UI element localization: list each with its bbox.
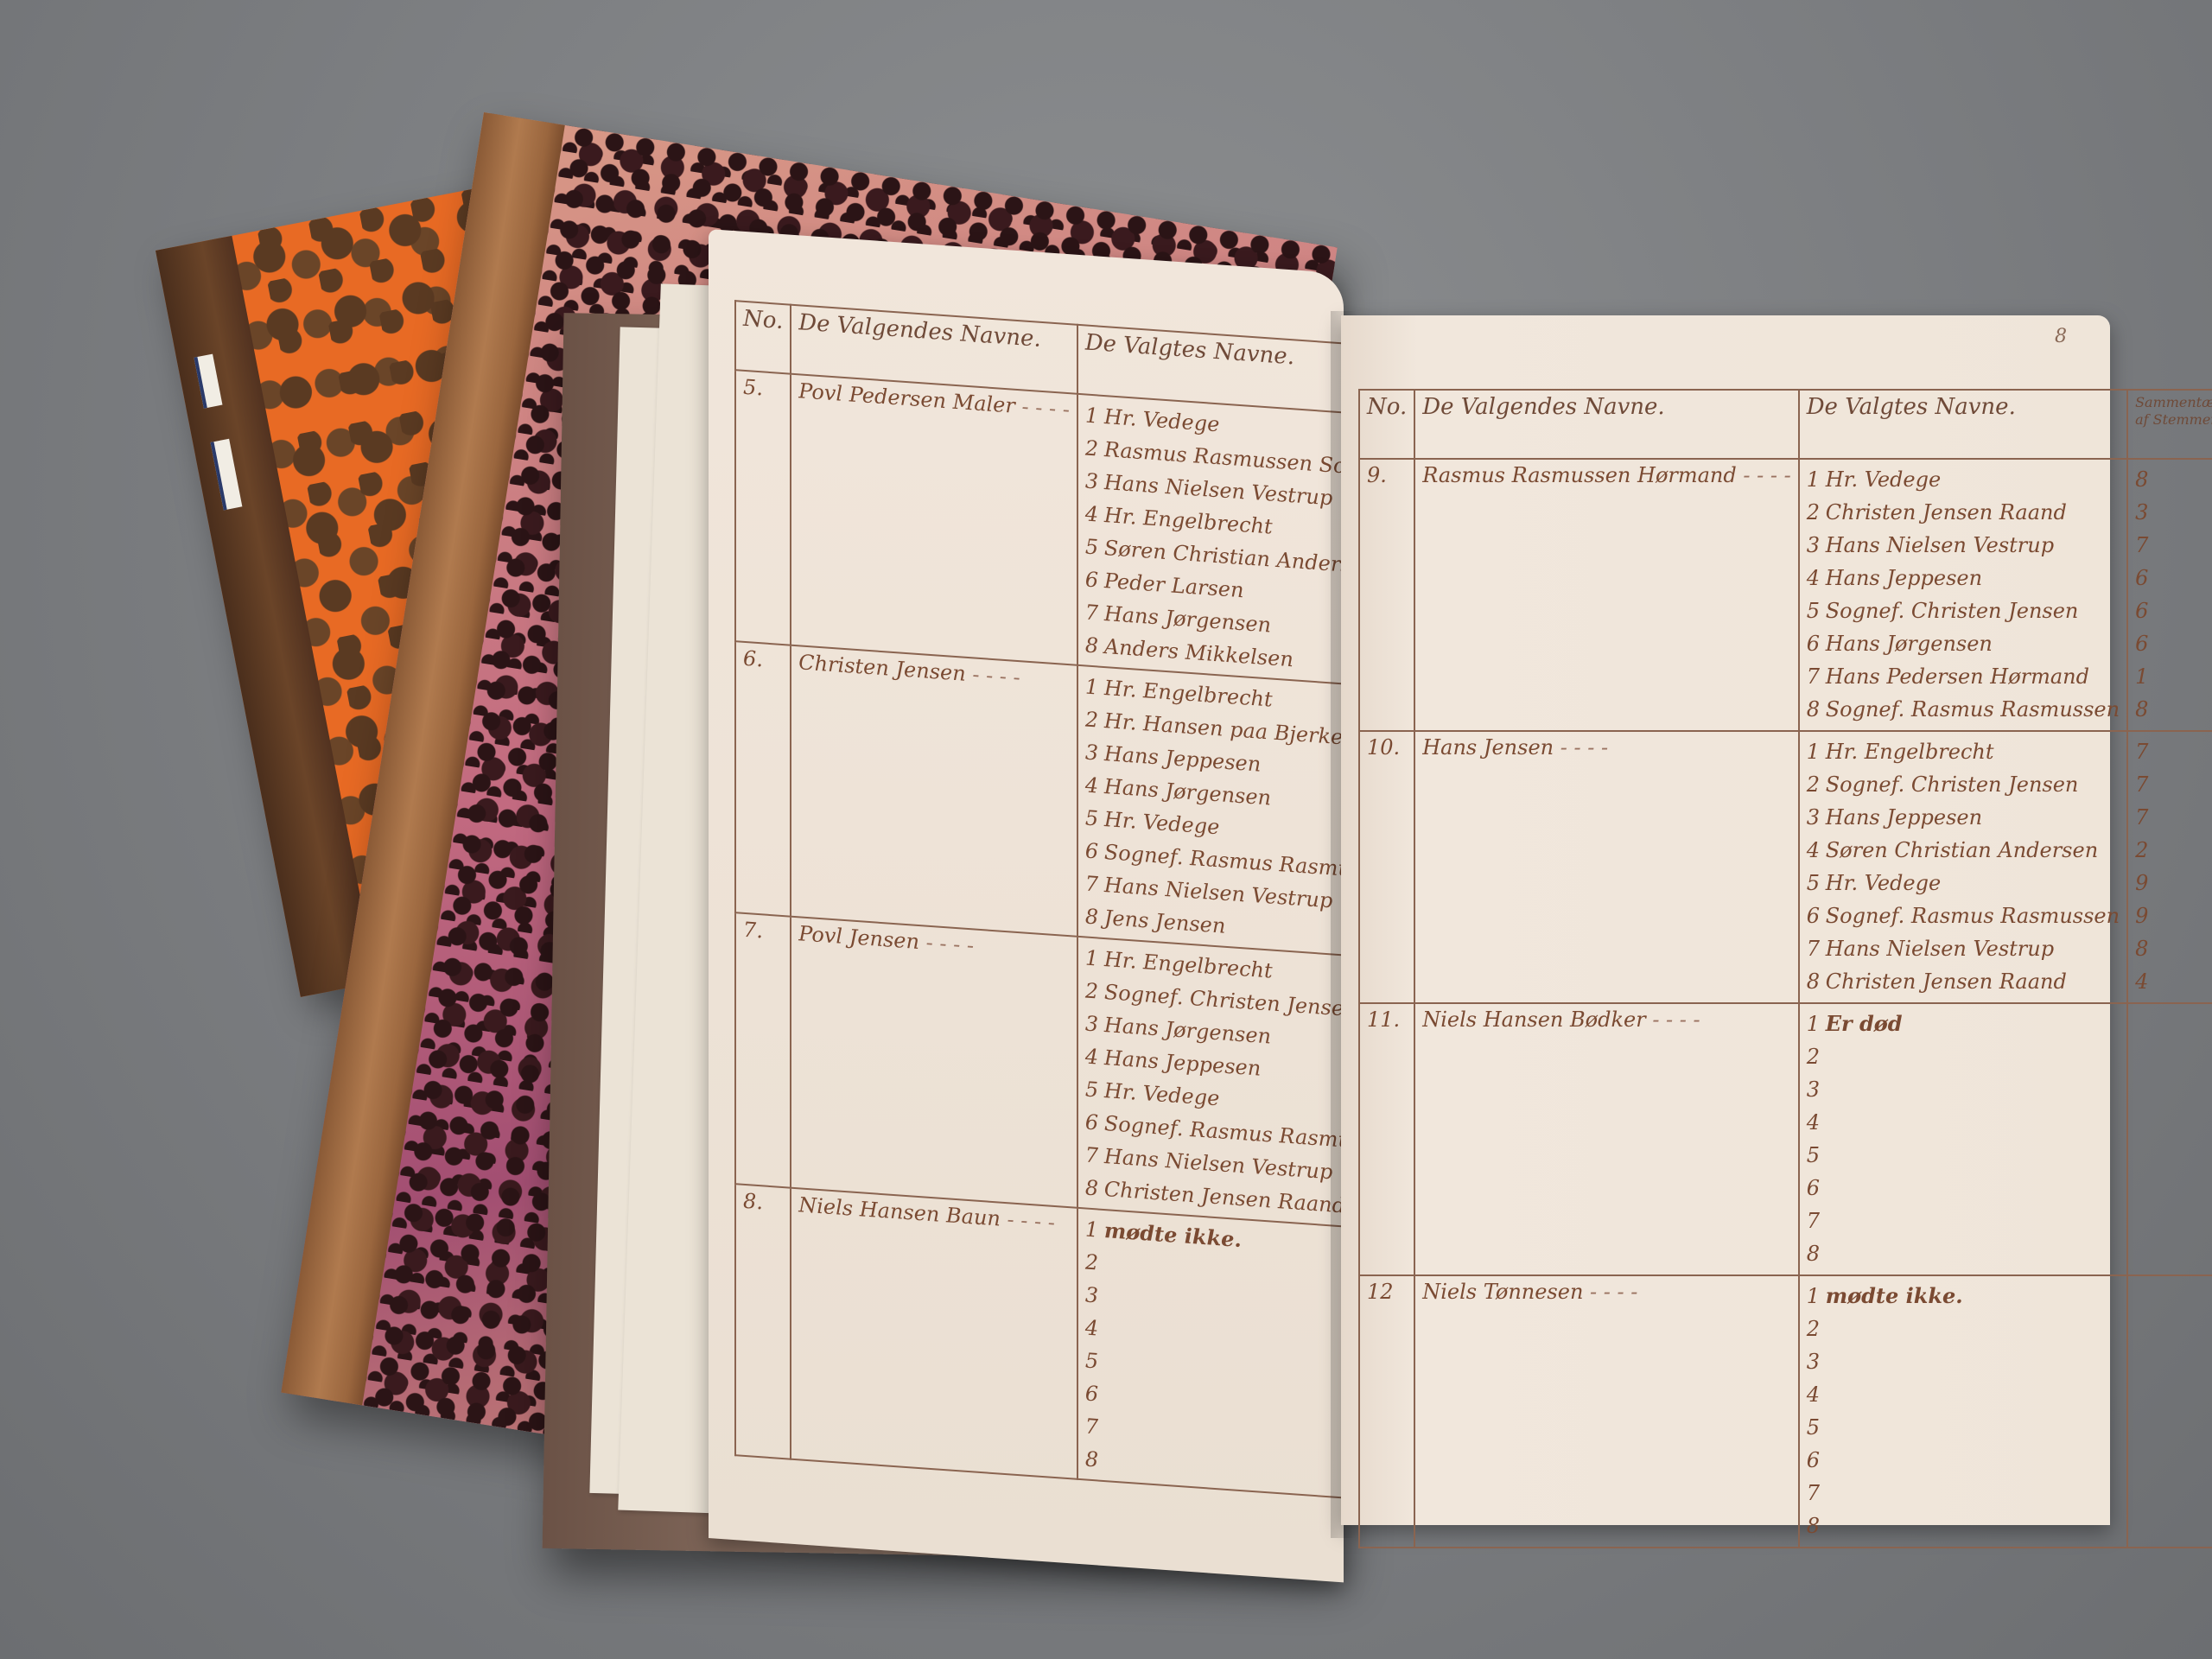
elected-index: 3 [1085, 1007, 1104, 1041]
elected-index: 3 [1085, 735, 1104, 770]
elected-names-cell: 1mødte ikke.2345678 [1799, 1275, 2127, 1548]
elected-name: Christen Jensen Raand [1826, 500, 2067, 524]
elected-name: Hans Nielsen Vestrup [1826, 937, 2054, 961]
vote-count: 4 [2135, 965, 2212, 998]
vote-tally-list: 77729984 [2135, 735, 2212, 998]
elected-name-item: 8Christen Jensen Raand [1807, 965, 2120, 998]
elected-name-item: 8 [1807, 1237, 2120, 1270]
elected-index: 7 [1085, 595, 1104, 630]
elected-index: 8 [1085, 628, 1104, 663]
elected-name-item: 2 [1807, 1313, 2120, 1345]
column-header-tally: Sammentælling af Stemmerne. [2127, 390, 2212, 459]
voter-name: Rasmus Rasmussen Hørmand [1422, 463, 1790, 487]
elected-index: 1 [1085, 398, 1104, 433]
voter-name: Niels Tønnesen [1422, 1280, 1637, 1304]
vote-count: 9 [2135, 867, 2212, 899]
page-number: 8 [2055, 326, 2067, 347]
elected-list: 1mødte ikke.2345678 [1807, 1280, 2120, 1542]
elected-name-item: 4 [1807, 1106, 2120, 1139]
elected-name: Sognef. Christen Jensen [1826, 772, 2079, 797]
vote-count: 6 [2135, 627, 2212, 660]
ledger-entry-row: 12 Niels Tønnesen 1mødte ikke.2345678 [1359, 1275, 2212, 1548]
elected-name: Sognef. Rasmus Rasmussen [1826, 697, 2120, 721]
vote-count: 8 [2135, 693, 2212, 726]
ledger-entry-row: 10. Hans Jensen 1Hr. Engelbrecht2Sognef.… [1359, 731, 2212, 1003]
elected-index: 2 [1085, 974, 1104, 1008]
elected-name-item: 3Hans Jeppesen [1807, 801, 2120, 834]
column-header-elected: De Valgtes Navne. [1799, 390, 2127, 459]
elected-index: 1 [1807, 1007, 1826, 1040]
elected-name-item: 3Hans Nielsen Vestrup [1807, 529, 2120, 562]
elected-index: 3 [1807, 1073, 1826, 1106]
voter-name: Niels Hansen Bødker [1422, 1007, 1700, 1032]
elected-index: 3 [1085, 464, 1104, 499]
book-spine [156, 236, 377, 997]
elected-index: 2 [1085, 1245, 1104, 1280]
elected-index: 2 [1807, 496, 1826, 529]
elected-index: 3 [1807, 801, 1826, 834]
vote-count: 8 [2135, 932, 2212, 965]
elected-name-item: 1mødte ikke. [1807, 1280, 2120, 1313]
elected-index: 6 [1807, 1444, 1826, 1477]
elected-list: 1Er død2345678 [1807, 1007, 2120, 1270]
elected-name-item: 6Sognef. Rasmus Rasmussen [1807, 899, 2120, 932]
elected-list: 1Hr. Engelbrecht2Sognef. Christen Jensen… [1807, 735, 2120, 998]
vote-tally-cell: 83766618 [2127, 459, 2212, 731]
elected-name-item: 3 [1807, 1345, 2120, 1378]
elected-index: 7 [1807, 1477, 1826, 1510]
elected-name-item: 7Hans Pedersen Hørmand [1807, 660, 2120, 693]
vote-count: 7 [2135, 768, 2212, 801]
elected-name: Peder Larsen [1104, 569, 1244, 602]
elected-name-item: 1Hr. Vedege [1807, 463, 2120, 496]
elected-index: 8 [1085, 899, 1104, 934]
elected-name-item: 4Søren Christian Andersen [1807, 834, 2120, 867]
elected-index: 6 [1085, 1376, 1104, 1411]
elected-name: Hr. Engelbrecht [1826, 740, 1994, 764]
vote-count: 9 [2135, 899, 2212, 932]
elected-name: Sognef. Christen Jensen [1826, 599, 2079, 623]
elected-name: Hans Pedersen Hørmand [1826, 664, 2089, 689]
vote-count: 7 [2135, 801, 2212, 834]
vote-tally-list: 83766618 [2135, 463, 2212, 726]
elected-index: 3 [1085, 1278, 1104, 1313]
elected-index: 6 [1807, 627, 1826, 660]
elected-name-item: 2Sognef. Christen Jensen [1807, 768, 2120, 801]
voter-name-cell: Povl Pedersen Maler [791, 374, 1077, 665]
vote-tally-cell [2127, 1275, 2212, 1548]
vote-tally-cell: 77729984 [2127, 731, 2212, 1003]
elected-index: 8 [1807, 1237, 1826, 1270]
elected-index: 4 [1807, 834, 1826, 867]
elected-index: 1 [1807, 735, 1826, 768]
entry-number: 7. [735, 912, 791, 1187]
elected-index: 2 [1085, 702, 1104, 737]
elected-name-item: 7 [1807, 1205, 2120, 1237]
elected-name: mødte ikke. [1104, 1217, 1242, 1252]
elected-index: 4 [1807, 562, 1826, 594]
vote-count: 2 [2135, 834, 2212, 867]
elected-names-cell: 1Er død2345678 [1799, 1003, 2127, 1275]
elected-index: 4 [1085, 1311, 1104, 1345]
elected-index: 5 [1085, 1072, 1104, 1107]
ledger-entry-row: 9. Rasmus Rasmussen Hørmand 1Hr. Vedege2… [1359, 459, 2212, 731]
elected-index: 7 [1807, 932, 1826, 965]
voter-name-cell: Christen Jensen [791, 645, 1077, 937]
elected-index: 6 [1085, 1105, 1104, 1140]
entry-number: 11. [1359, 1003, 1414, 1275]
election-table-right: No. De Valgendes Navne. De Valgtes Navne… [1358, 389, 2212, 1548]
elected-name: Hans Jeppesen [1826, 566, 1982, 590]
elected-index: 5 [1807, 867, 1826, 899]
elected-index: 5 [1807, 1411, 1826, 1444]
elected-index: 1 [1085, 670, 1104, 704]
elected-index: 7 [1085, 867, 1104, 901]
elected-name-item: 5Sognef. Christen Jensen [1807, 594, 2120, 627]
elected-index: 4 [1807, 1106, 1826, 1139]
elected-name-item: 5 [1807, 1139, 2120, 1172]
elected-name-item: 6 [1807, 1444, 2120, 1477]
entry-number: 12 [1359, 1275, 1414, 1548]
voter-name-cell: Povl Jensen [791, 917, 1077, 1208]
elected-name-item: 3 [1807, 1073, 2120, 1106]
elected-name-item: 8Sognef. Rasmus Rasmussen [1807, 693, 2120, 726]
elected-name-item: 6Hans Jørgensen [1807, 627, 2120, 660]
elected-index: 5 [1807, 594, 1826, 627]
elected-name: Hr. Vedege [1104, 1078, 1220, 1110]
elected-index: 6 [1807, 899, 1826, 932]
elected-index: 7 [1085, 1138, 1104, 1173]
elected-name: mødte ikke. [1826, 1283, 1963, 1308]
elected-names-cell: 1Hr. Vedege2Christen Jensen Raand3Hans N… [1799, 459, 2127, 731]
vote-count: 8 [2135, 463, 2212, 496]
elected-index: 1 [1807, 463, 1826, 496]
elected-index: 6 [1085, 834, 1104, 868]
elected-list: 1Hr. Vedege2Christen Jensen Raand3Hans N… [1807, 463, 2120, 726]
elected-name: Er død [1826, 1011, 1903, 1036]
ledger-entry-row: 11. Niels Hansen Bødker 1Er død2345678 [1359, 1003, 2212, 1275]
elected-index: 8 [1085, 1171, 1104, 1205]
elected-name-item: 2 [1807, 1040, 2120, 1073]
ledger-left-page: No. De Valgendes Navne. De Valgtes Navne… [709, 229, 1344, 1582]
column-header-no: No. [735, 301, 791, 373]
elected-index: 5 [1085, 1344, 1104, 1378]
elected-name: Hr. Vedege [1104, 807, 1220, 839]
elected-index: 8 [1807, 965, 1826, 998]
elected-index: 7 [1807, 660, 1826, 693]
elected-index: 2 [1807, 768, 1826, 801]
entry-number: 8. [735, 1184, 791, 1459]
entry-number: 5. [735, 370, 791, 645]
elected-index: 5 [1085, 530, 1104, 564]
elected-index: 6 [1085, 563, 1104, 597]
elected-name: Hans Jeppesen [1826, 805, 1982, 829]
entry-number: 6. [735, 641, 791, 916]
elected-name-item: 7Hans Nielsen Vestrup [1807, 932, 2120, 965]
vote-count: 3 [2135, 496, 2212, 529]
elected-index: 4 [1085, 768, 1104, 803]
elected-index: 1 [1085, 1212, 1104, 1247]
voter-name: Povl Jensen [798, 921, 974, 957]
voter-name: Hans Jensen [1422, 735, 1608, 760]
elected-index: 2 [1807, 1313, 1826, 1345]
elected-index: 3 [1807, 529, 1826, 562]
elected-index: 3 [1807, 1345, 1826, 1378]
vote-tally-cell [2127, 1003, 2212, 1275]
voter-name-cell: Niels Hansen Bødker [1414, 1003, 1798, 1275]
voter-name-cell: Niels Hansen Baun [791, 1188, 1077, 1479]
elected-name-item: 1Er død [1807, 1007, 2120, 1040]
vote-count: 1 [2135, 660, 2212, 693]
elected-name: Søren Christian Andersen [1826, 838, 2098, 862]
column-header-no: No. [1359, 390, 1414, 459]
voter-name-cell: Niels Tønnesen [1414, 1275, 1798, 1548]
elected-name-item: 4Hans Jeppesen [1807, 562, 2120, 594]
entry-number: 9. [1359, 459, 1414, 731]
elected-index: 4 [1085, 497, 1104, 531]
vote-count: 7 [2135, 735, 2212, 768]
elected-name-item: 8 [1807, 1510, 2120, 1542]
elected-index: 4 [1085, 1039, 1104, 1074]
elected-name: Jens Jensen [1104, 906, 1225, 938]
ledger-right-page: 8 No. De Valgendes Navne. De Valgtes Nav… [1341, 315, 2110, 1525]
elected-name: Sognef. Rasmus Rasmussen [1826, 904, 2120, 928]
elected-index: 5 [1085, 801, 1104, 836]
elected-name-item: 4 [1807, 1378, 2120, 1411]
vote-count: 6 [2135, 562, 2212, 594]
elected-name-item: 5 [1807, 1411, 2120, 1444]
elected-name-item: 5Hr. Vedege [1807, 867, 2120, 899]
entry-number: 10. [1359, 731, 1414, 1003]
elected-index: 8 [1085, 1442, 1104, 1477]
elected-name: Hans Nielsen Vestrup [1826, 533, 2054, 557]
elected-index: 6 [1807, 1172, 1826, 1205]
vote-count: 7 [2135, 529, 2212, 562]
elected-name: Christen Jensen Raand [1826, 969, 2067, 994]
elected-index: 5 [1807, 1139, 1826, 1172]
column-header-voter: De Valgendes Navne. [1414, 390, 1798, 459]
elected-index: 2 [1807, 1040, 1826, 1073]
elected-names-cell: 1Hr. Engelbrecht2Sognef. Christen Jensen… [1799, 731, 2127, 1003]
elected-name: Hr. Vedege [1826, 871, 1942, 895]
elected-name-item: 2Christen Jensen Raand [1807, 496, 2120, 529]
elected-name-item: 1Hr. Engelbrecht [1807, 735, 2120, 768]
elected-index: 4 [1807, 1378, 1826, 1411]
elected-index: 7 [1085, 1409, 1104, 1444]
voter-name-cell: Hans Jensen [1414, 731, 1798, 1003]
voter-name-cell: Rasmus Rasmussen Hørmand [1414, 459, 1798, 731]
elected-index: 8 [1807, 1510, 1826, 1542]
elected-index: 1 [1807, 1280, 1826, 1313]
elected-name-item: 6 [1807, 1172, 2120, 1205]
elected-index: 7 [1807, 1205, 1826, 1237]
elected-index: 1 [1085, 941, 1104, 976]
elected-index: 8 [1807, 693, 1826, 726]
elected-name: Hans Jørgensen [1826, 632, 1993, 656]
elected-name: Hr. Vedege [1104, 404, 1220, 436]
vote-count: 6 [2135, 594, 2212, 627]
elected-name-item: 7 [1807, 1477, 2120, 1510]
elected-name: Hr. Vedege [1826, 467, 1942, 492]
elected-index: 2 [1085, 431, 1104, 466]
